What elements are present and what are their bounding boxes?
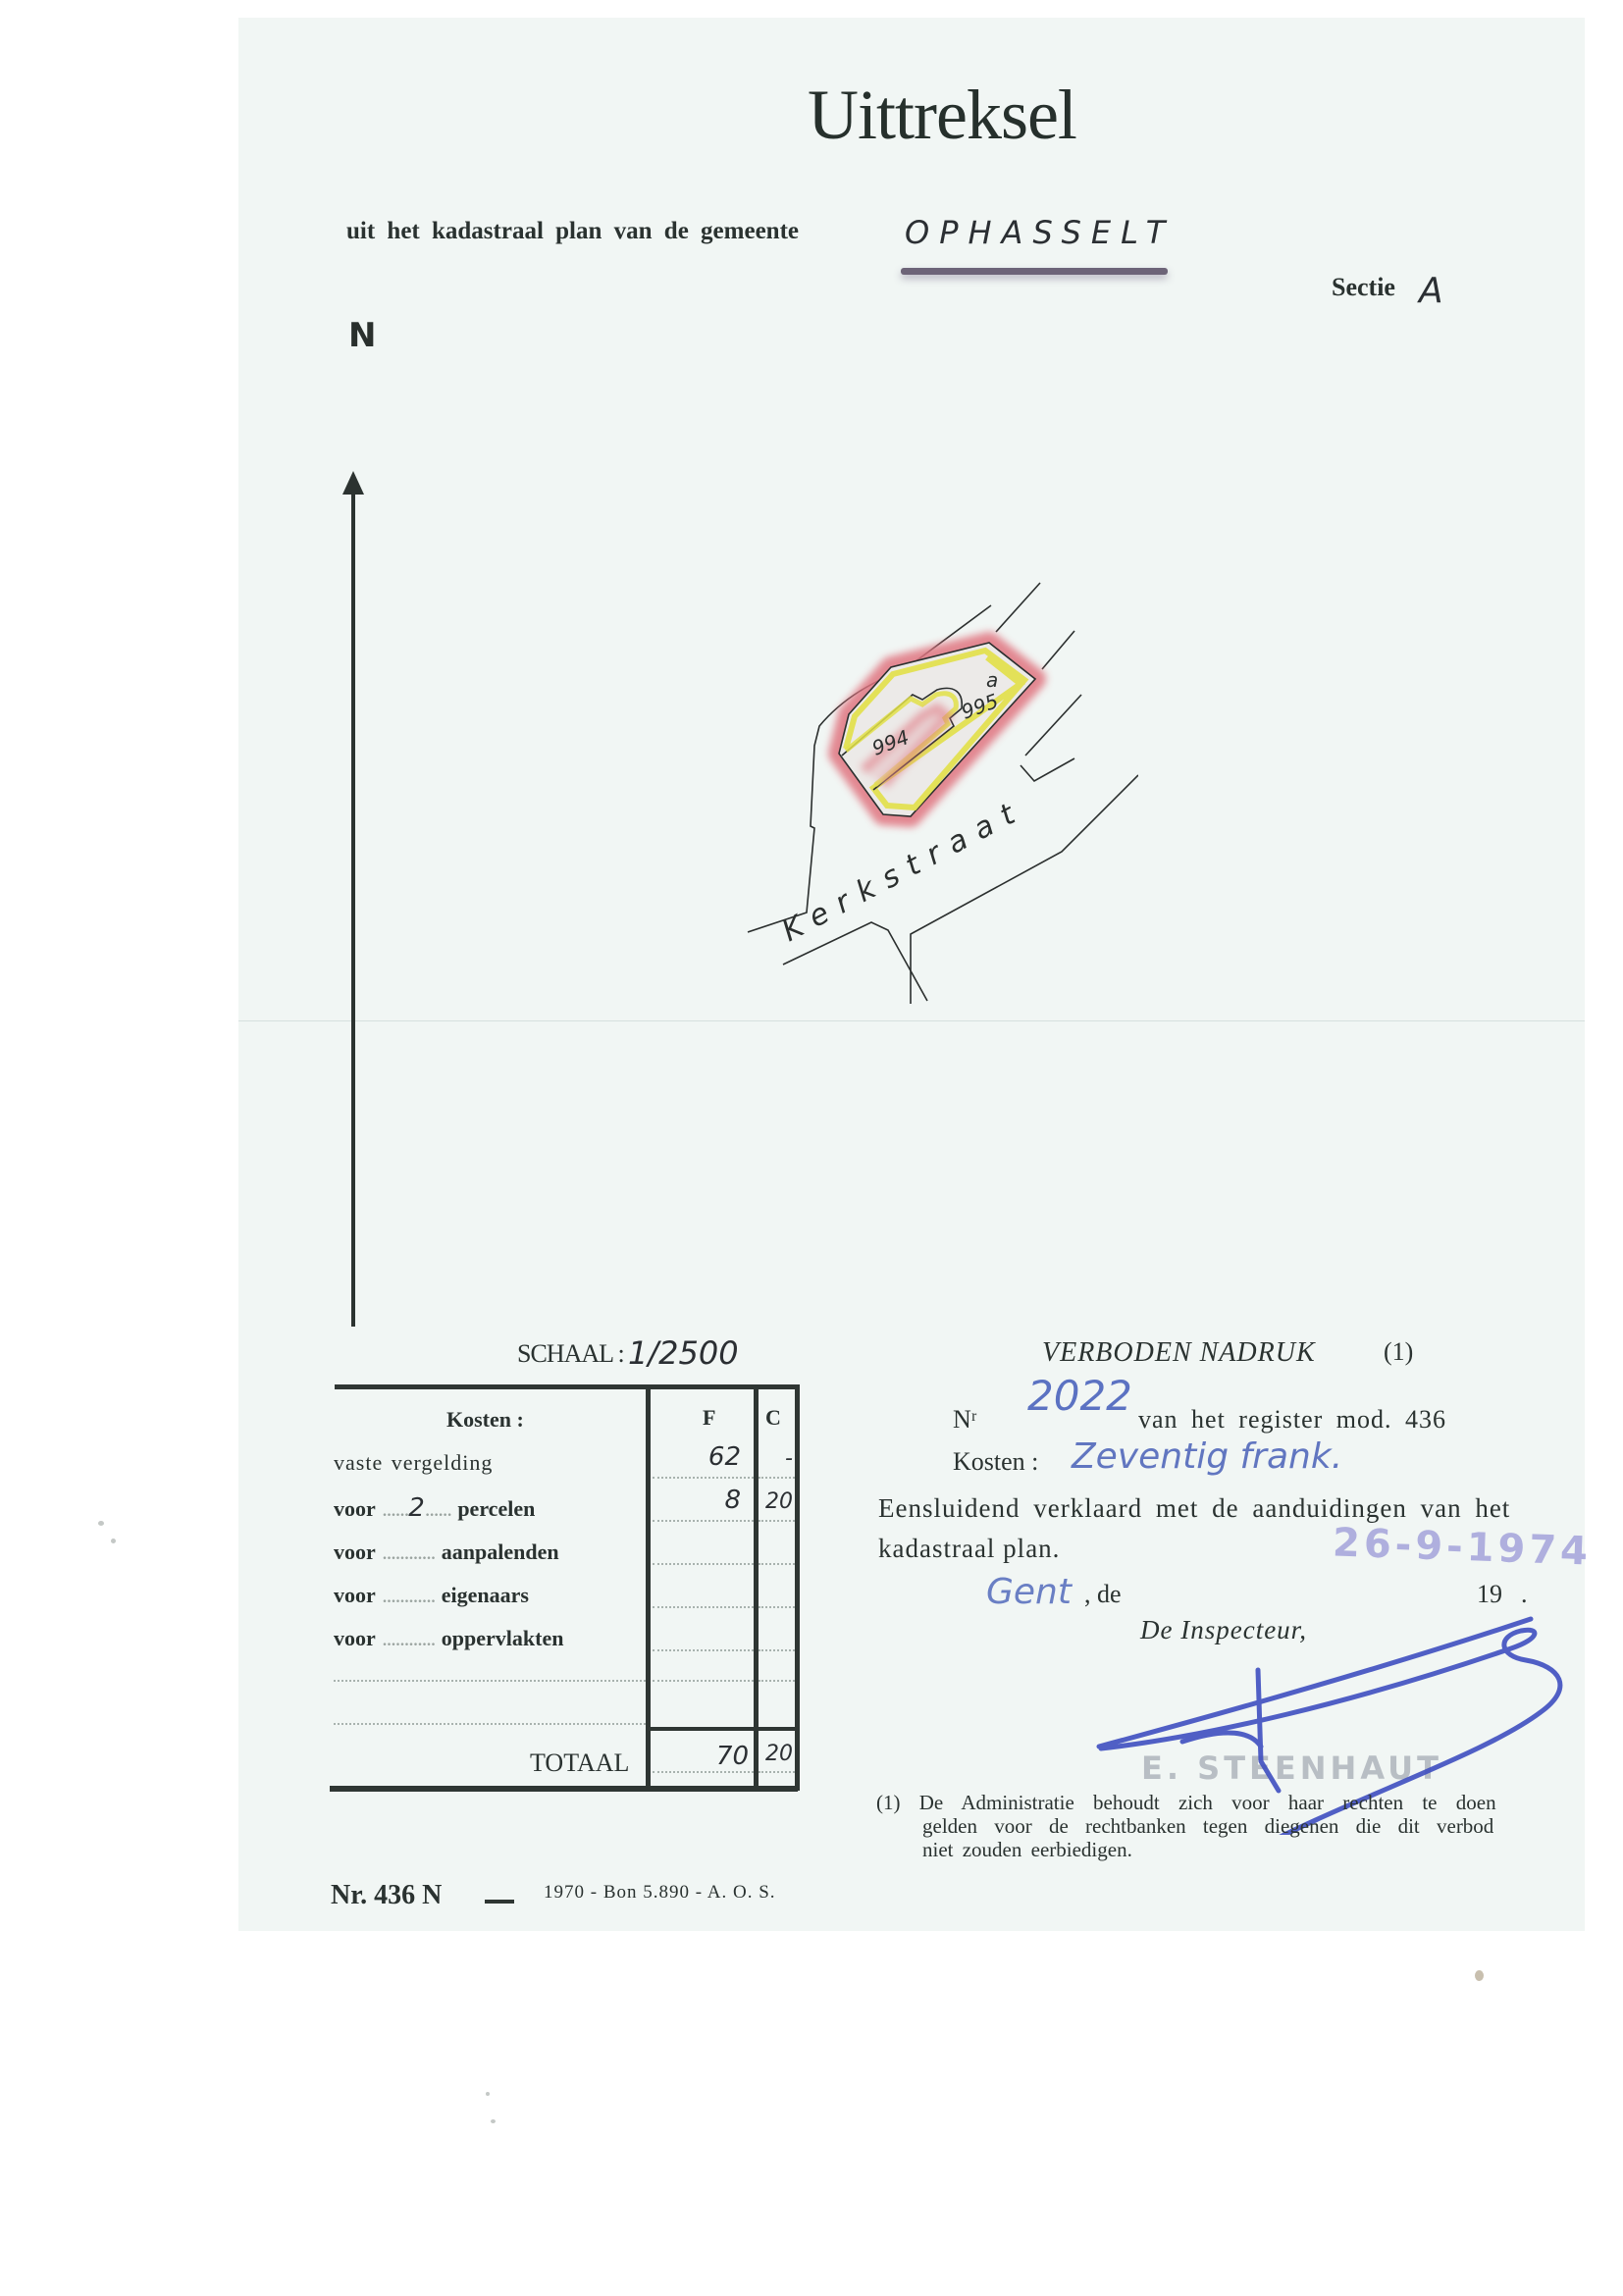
scan-speck bbox=[111, 1539, 116, 1543]
footnote-line-1: (1) De Administratie behoudt zich voor h… bbox=[876, 1791, 1496, 1815]
costs-header: Kosten : bbox=[446, 1407, 524, 1433]
blank-row-line bbox=[653, 1680, 754, 1682]
footer-dash bbox=[485, 1900, 514, 1904]
row-dotted-line bbox=[759, 1606, 795, 1608]
north-arrow-shaft bbox=[351, 491, 355, 1327]
parcel-label-a: a bbox=[986, 668, 998, 692]
cost-row-label: voor ............ eigenaars bbox=[334, 1580, 529, 1609]
footnote-line-3: niet zouden eerbiedigen. bbox=[922, 1838, 1132, 1862]
form-number: Nr. 436 N bbox=[331, 1880, 442, 1911]
row-prefix: voor bbox=[334, 1539, 376, 1564]
fill-dots: ...... bbox=[408, 1539, 442, 1564]
declaration-line-1: Eensluidend verklaard met de aanduidinge… bbox=[878, 1493, 1510, 1524]
row-prefix: voor bbox=[334, 1583, 376, 1607]
fill-dots: ...... bbox=[376, 1496, 409, 1521]
blank-row-line bbox=[759, 1680, 795, 1682]
cost-row-label: voor ............ oppervlakten bbox=[334, 1623, 563, 1652]
row-dotted-line bbox=[653, 1563, 754, 1565]
column-header-centimes: C bbox=[765, 1405, 781, 1431]
total-centimes: 20 bbox=[758, 1742, 793, 1766]
cost-row-label: voor ............ aanpalenden bbox=[334, 1537, 559, 1566]
subtitle: uit het kadastraal plan van de gemeente bbox=[346, 218, 799, 245]
row-dotted-line bbox=[653, 1520, 754, 1522]
place-suffix: , de bbox=[1084, 1580, 1122, 1609]
register-number-value: 2022 bbox=[1027, 1372, 1132, 1420]
row-prefix: voor bbox=[334, 1626, 376, 1650]
parcel-highlight bbox=[839, 643, 1035, 816]
year-prefix: 19 bbox=[1477, 1580, 1502, 1609]
fill-dots: ...... bbox=[408, 1583, 442, 1607]
total-francs: 70 bbox=[653, 1742, 749, 1771]
row-dotted-line bbox=[759, 1563, 795, 1565]
fold-line bbox=[238, 1020, 1585, 1021]
column-header-francs: F bbox=[703, 1405, 715, 1431]
fill-dots: ...... bbox=[376, 1583, 409, 1607]
register-number-label: Nʳ bbox=[953, 1405, 976, 1435]
row-dotted-line bbox=[759, 1477, 795, 1479]
cadastral-map: 994 995 a Kerkstraat bbox=[726, 569, 1138, 1020]
scale-value: 1/2500 bbox=[628, 1334, 739, 1372]
cost-row-label: voor ......2...... percelen bbox=[334, 1493, 535, 1523]
cost-francs: 8 bbox=[653, 1486, 741, 1515]
fill-dots: ...... bbox=[408, 1626, 442, 1650]
total-row-line bbox=[759, 1771, 795, 1773]
cost-centimes: - bbox=[758, 1446, 793, 1471]
place-name: Gent bbox=[986, 1572, 1072, 1612]
cost-francs: 62 bbox=[653, 1442, 741, 1472]
row-dotted-line bbox=[653, 1477, 754, 1479]
blank-row-line bbox=[334, 1723, 646, 1725]
fill-dots: ...... bbox=[376, 1626, 409, 1650]
scan-speck bbox=[491, 2119, 496, 2123]
municipality-underline bbox=[901, 268, 1168, 275]
fill-dots: ...... bbox=[376, 1539, 409, 1564]
footnote-line-2: gelden voor de rechtbanken tegen diegene… bbox=[922, 1814, 1493, 1839]
row-suffix: aanpalenden bbox=[442, 1539, 559, 1564]
row-dotted-line bbox=[653, 1606, 754, 1608]
row-prefix: voor bbox=[334, 1496, 376, 1521]
total-row-line bbox=[653, 1771, 754, 1773]
fill-dots: ...... bbox=[425, 1496, 458, 1521]
print-info: 1970 - Bon 5.890 - A. O. S. bbox=[544, 1882, 776, 1904]
total-label: TOTAAL bbox=[530, 1748, 629, 1778]
scan-speck bbox=[1475, 1970, 1484, 1981]
table-border-top bbox=[335, 1384, 798, 1389]
cost-row-label: vaste vergelding bbox=[334, 1450, 493, 1476]
section-value: A bbox=[1419, 271, 1443, 311]
scale-label: SCHAAL : bbox=[517, 1339, 624, 1369]
row-dotted-line bbox=[653, 1649, 754, 1651]
row-suffix: percelen bbox=[457, 1496, 535, 1521]
row-count: 2 bbox=[408, 1493, 425, 1523]
document-title: Uittreksel bbox=[808, 75, 1076, 156]
row-dotted-line bbox=[759, 1520, 795, 1522]
table-border-bottom bbox=[330, 1786, 798, 1792]
blank-row-line bbox=[334, 1680, 646, 1682]
forbidden-reprint-heading: VERBODEN NADRUK bbox=[1042, 1337, 1316, 1369]
row-suffix: eigenaars bbox=[442, 1583, 529, 1607]
municipality-name: OPHASSELT bbox=[905, 214, 1175, 251]
scan-speck bbox=[486, 2092, 490, 2096]
footnote-reference: (1) bbox=[1384, 1337, 1413, 1367]
north-label: N bbox=[348, 316, 376, 355]
declaration-line-2: kadastraal plan. bbox=[878, 1534, 1060, 1564]
section-label: Sectie bbox=[1332, 273, 1395, 302]
scan-speck bbox=[98, 1521, 104, 1526]
costs-in-words: Zeventig frank. bbox=[1072, 1436, 1342, 1477]
row-suffix: oppervlakten bbox=[442, 1626, 564, 1650]
date-stamp: 26-9-1974 bbox=[1332, 1520, 1592, 1574]
row-dotted-line bbox=[759, 1649, 795, 1651]
year-dot: . bbox=[1521, 1580, 1528, 1609]
cost-centimes: 20 bbox=[758, 1489, 793, 1514]
register-text: van het register mod. 436 bbox=[1138, 1405, 1446, 1435]
total-box-top bbox=[646, 1727, 798, 1731]
costs-label: Kosten : bbox=[953, 1447, 1038, 1477]
